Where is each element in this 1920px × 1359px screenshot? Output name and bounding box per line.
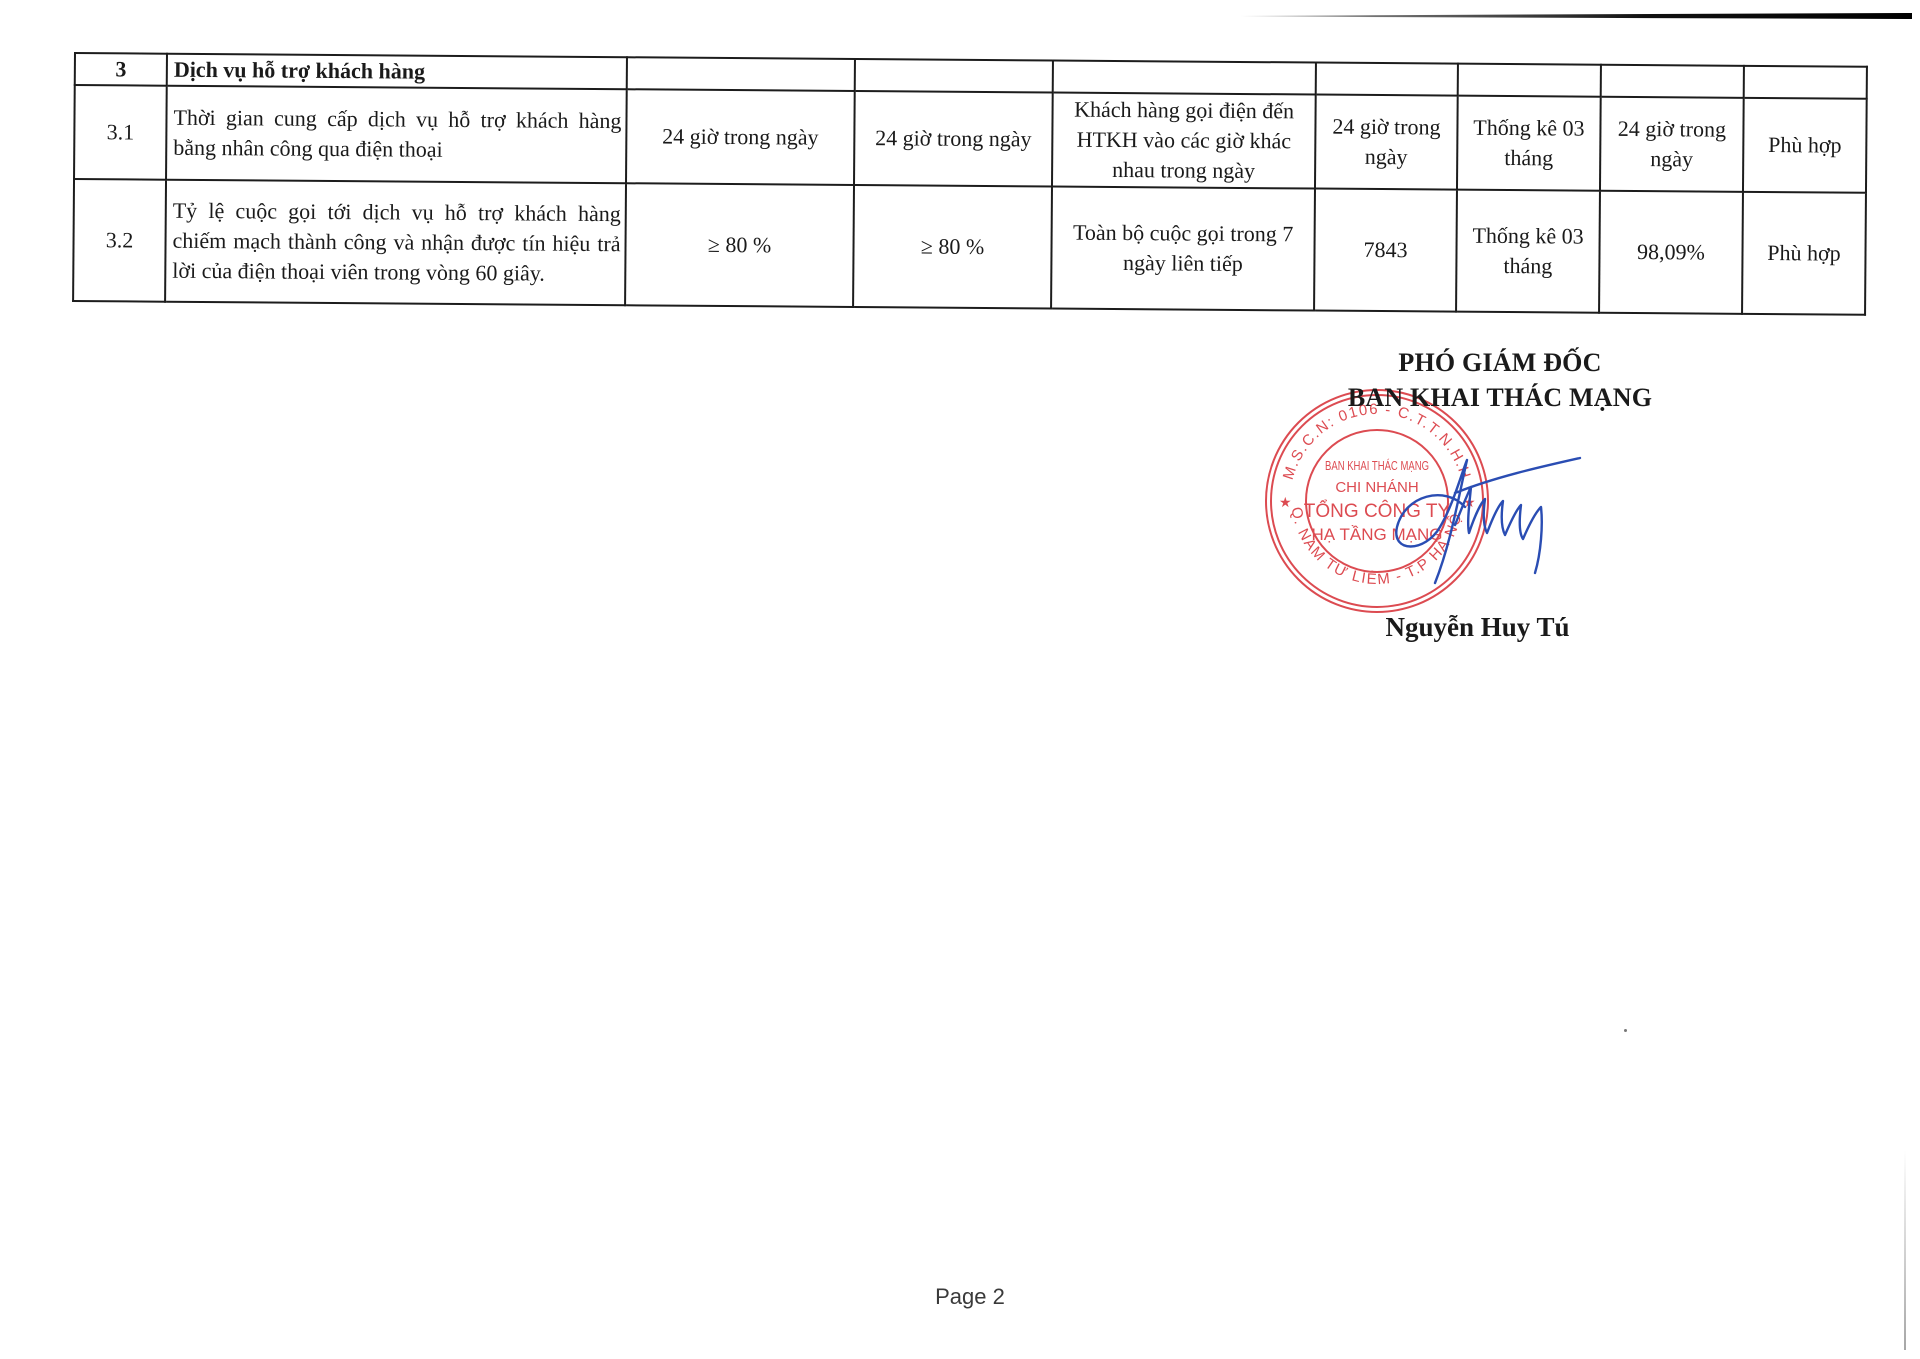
method: Thống kê 03 tháng [1456, 190, 1600, 313]
result-value: 24 giờ trong ngày [1600, 97, 1744, 192]
signer-department: BAN KHAI THÁC MẠNG [1300, 383, 1700, 413]
sample-size: 24 giờ trong ngày [1315, 95, 1458, 190]
assessment: Phù hợp [1743, 98, 1867, 193]
section-title: Dịch vụ hỗ trợ khách hàng [167, 54, 627, 90]
empty-cell [1601, 65, 1744, 98]
section-number: 3 [75, 53, 167, 86]
assessment: Phù hợp [1742, 192, 1866, 315]
empty-cell [1744, 66, 1867, 99]
row-number: 3.2 [73, 179, 166, 302]
page-number: Page 2 [870, 1284, 1070, 1310]
signer-name: Nguyễn Huy Tú [1300, 612, 1655, 643]
sample-size: 7843 [1314, 189, 1457, 312]
method: Thống kê 03 tháng [1457, 96, 1601, 191]
quality-table: 3 Dịch vụ hỗ trợ khách hàng 3.1 Thời gia… [72, 52, 1866, 316]
declared-value: 24 giờ trong ngày [854, 91, 1053, 187]
empty-cell [855, 59, 1053, 93]
indicator-description: Tỷ lệ cuộc gọi tới dịch vụ hỗ trợ khách … [165, 180, 626, 306]
indicator-description: Thời gian cung cấp dịch vụ hỗ trợ khách … [166, 86, 627, 184]
scan-edge-line [1240, 13, 1912, 19]
row-number: 3.1 [74, 85, 167, 180]
scan-edge-line [1904, 1150, 1906, 1350]
sample-description: Khách hàng gọi điện đến HTKH vào các giờ… [1052, 93, 1316, 189]
handwritten-signature-icon [1395, 455, 1585, 605]
declared-value: ≥ 80 % [853, 185, 1052, 309]
sample-description: Toàn bộ cuộc gọi trong 7 ngày liên tiếp [1051, 187, 1315, 311]
svg-text:★: ★ [1279, 494, 1292, 510]
standard-value: 24 giờ trong ngày [626, 89, 855, 185]
signer-position: PHÓ GIÁM ĐỐC [1300, 348, 1700, 378]
standard-value: ≥ 80 % [625, 183, 854, 307]
result-value: 98,09% [1599, 191, 1743, 314]
table-row: 3.1 Thời gian cung cấp dịch vụ hỗ trợ kh… [74, 85, 1867, 193]
empty-cell [1053, 61, 1316, 95]
empty-cell [627, 57, 855, 91]
empty-cell [1316, 63, 1458, 96]
scan-speck [1624, 1029, 1627, 1032]
table-row: 3.2 Tỷ lệ cuộc gọi tới dịch vụ hỗ trợ kh… [73, 179, 1866, 315]
empty-cell [1458, 64, 1601, 97]
